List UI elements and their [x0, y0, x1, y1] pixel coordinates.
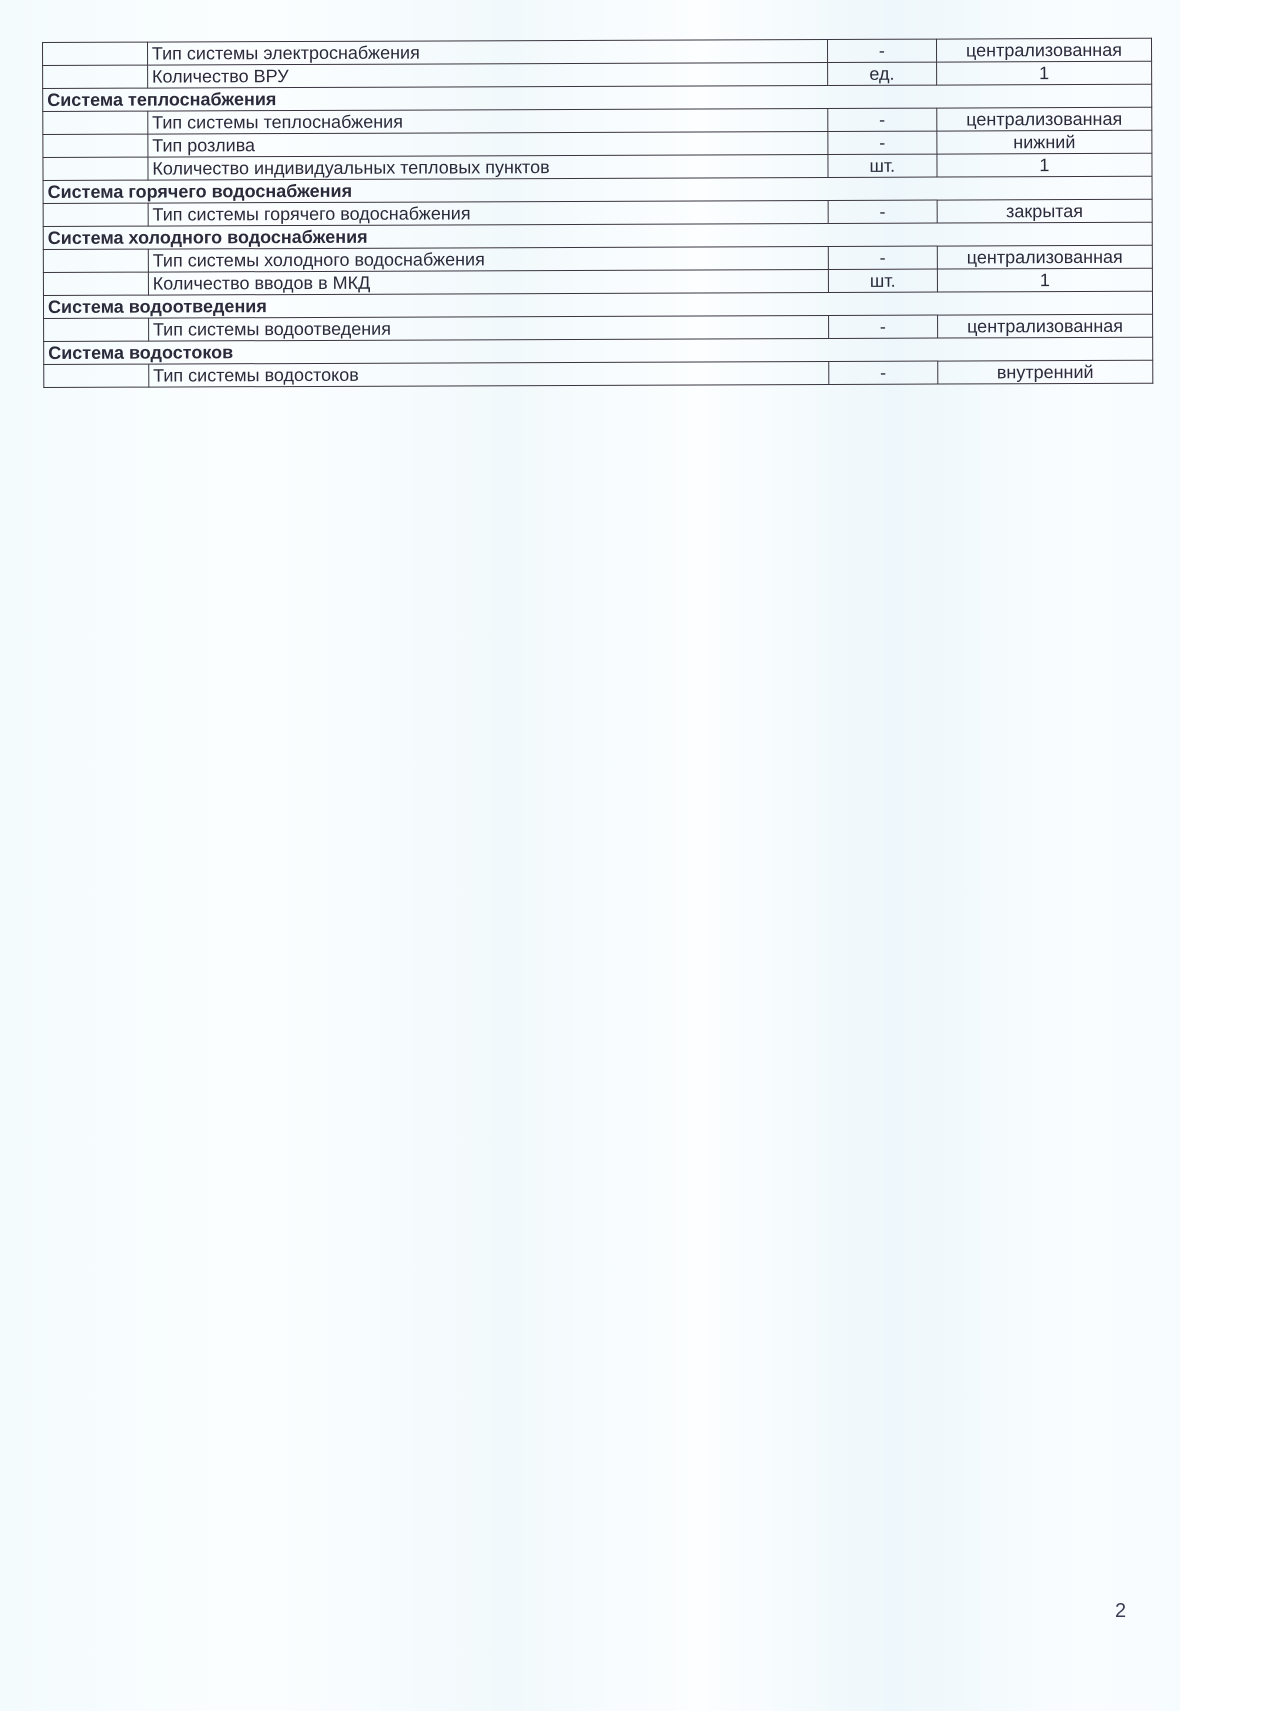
blank-cell	[43, 249, 148, 272]
value-cell: централизованная	[937, 107, 1152, 131]
blank-cell	[43, 65, 148, 88]
value-cell: централизованная	[936, 38, 1151, 62]
table-body: Тип системы электроснабжения-централизов…	[43, 38, 1153, 387]
value-cell: внутренний	[938, 360, 1153, 384]
value-cell: централизованная	[937, 245, 1152, 269]
unit-cell: -	[828, 246, 937, 269]
unit-cell: -	[828, 200, 937, 223]
value-cell: 1	[937, 268, 1152, 292]
unit-cell: шт.	[828, 154, 937, 177]
blank-cell	[44, 364, 149, 387]
unit-cell: -	[827, 39, 936, 62]
value-cell: 1	[936, 61, 1151, 85]
building-systems-table: Тип системы электроснабжения-централизов…	[42, 38, 1153, 388]
unit-cell: шт.	[828, 269, 937, 292]
value-cell: 1	[937, 153, 1152, 177]
unit-cell: -	[828, 361, 937, 384]
unit-cell: -	[828, 131, 937, 154]
table-row: Тип системы водостоков-внутренний	[44, 360, 1153, 387]
parameter-name-cell: Тип системы теплоснабжения	[148, 108, 828, 134]
value-cell: закрытая	[937, 199, 1152, 223]
unit-cell: ед.	[827, 62, 936, 85]
value-cell: нижний	[937, 130, 1152, 154]
unit-cell: -	[828, 315, 937, 338]
parameter-name-cell: Количество индивидуальных тепловых пункт…	[148, 154, 828, 180]
parameter-name-cell: Тип системы электроснабжения	[147, 39, 827, 65]
parameter-name-cell: Тип системы горячего водоснабжения	[148, 200, 828, 226]
scan-margin	[1180, 0, 1275, 1711]
blank-cell	[43, 272, 148, 295]
parameter-name-cell: Количество ВРУ	[147, 62, 827, 88]
blank-cell	[43, 203, 148, 226]
page-number: 2	[1115, 1600, 1126, 1623]
blank-cell	[43, 157, 148, 180]
blank-cell	[44, 318, 149, 341]
value-cell: централизованная	[937, 314, 1152, 338]
parameter-name-cell: Тип розлива	[148, 131, 828, 157]
blank-cell	[43, 42, 148, 65]
blank-cell	[43, 134, 148, 157]
unit-cell: -	[827, 108, 936, 131]
parameter-name-cell: Количество вводов в МКД	[148, 269, 828, 295]
parameter-name-cell: Тип системы водостоков	[149, 361, 829, 387]
blank-cell	[43, 111, 148, 134]
parameter-name-cell: Тип системы водоотведения	[148, 315, 828, 341]
parameter-name-cell: Тип системы холодного водоснабжения	[148, 246, 828, 272]
